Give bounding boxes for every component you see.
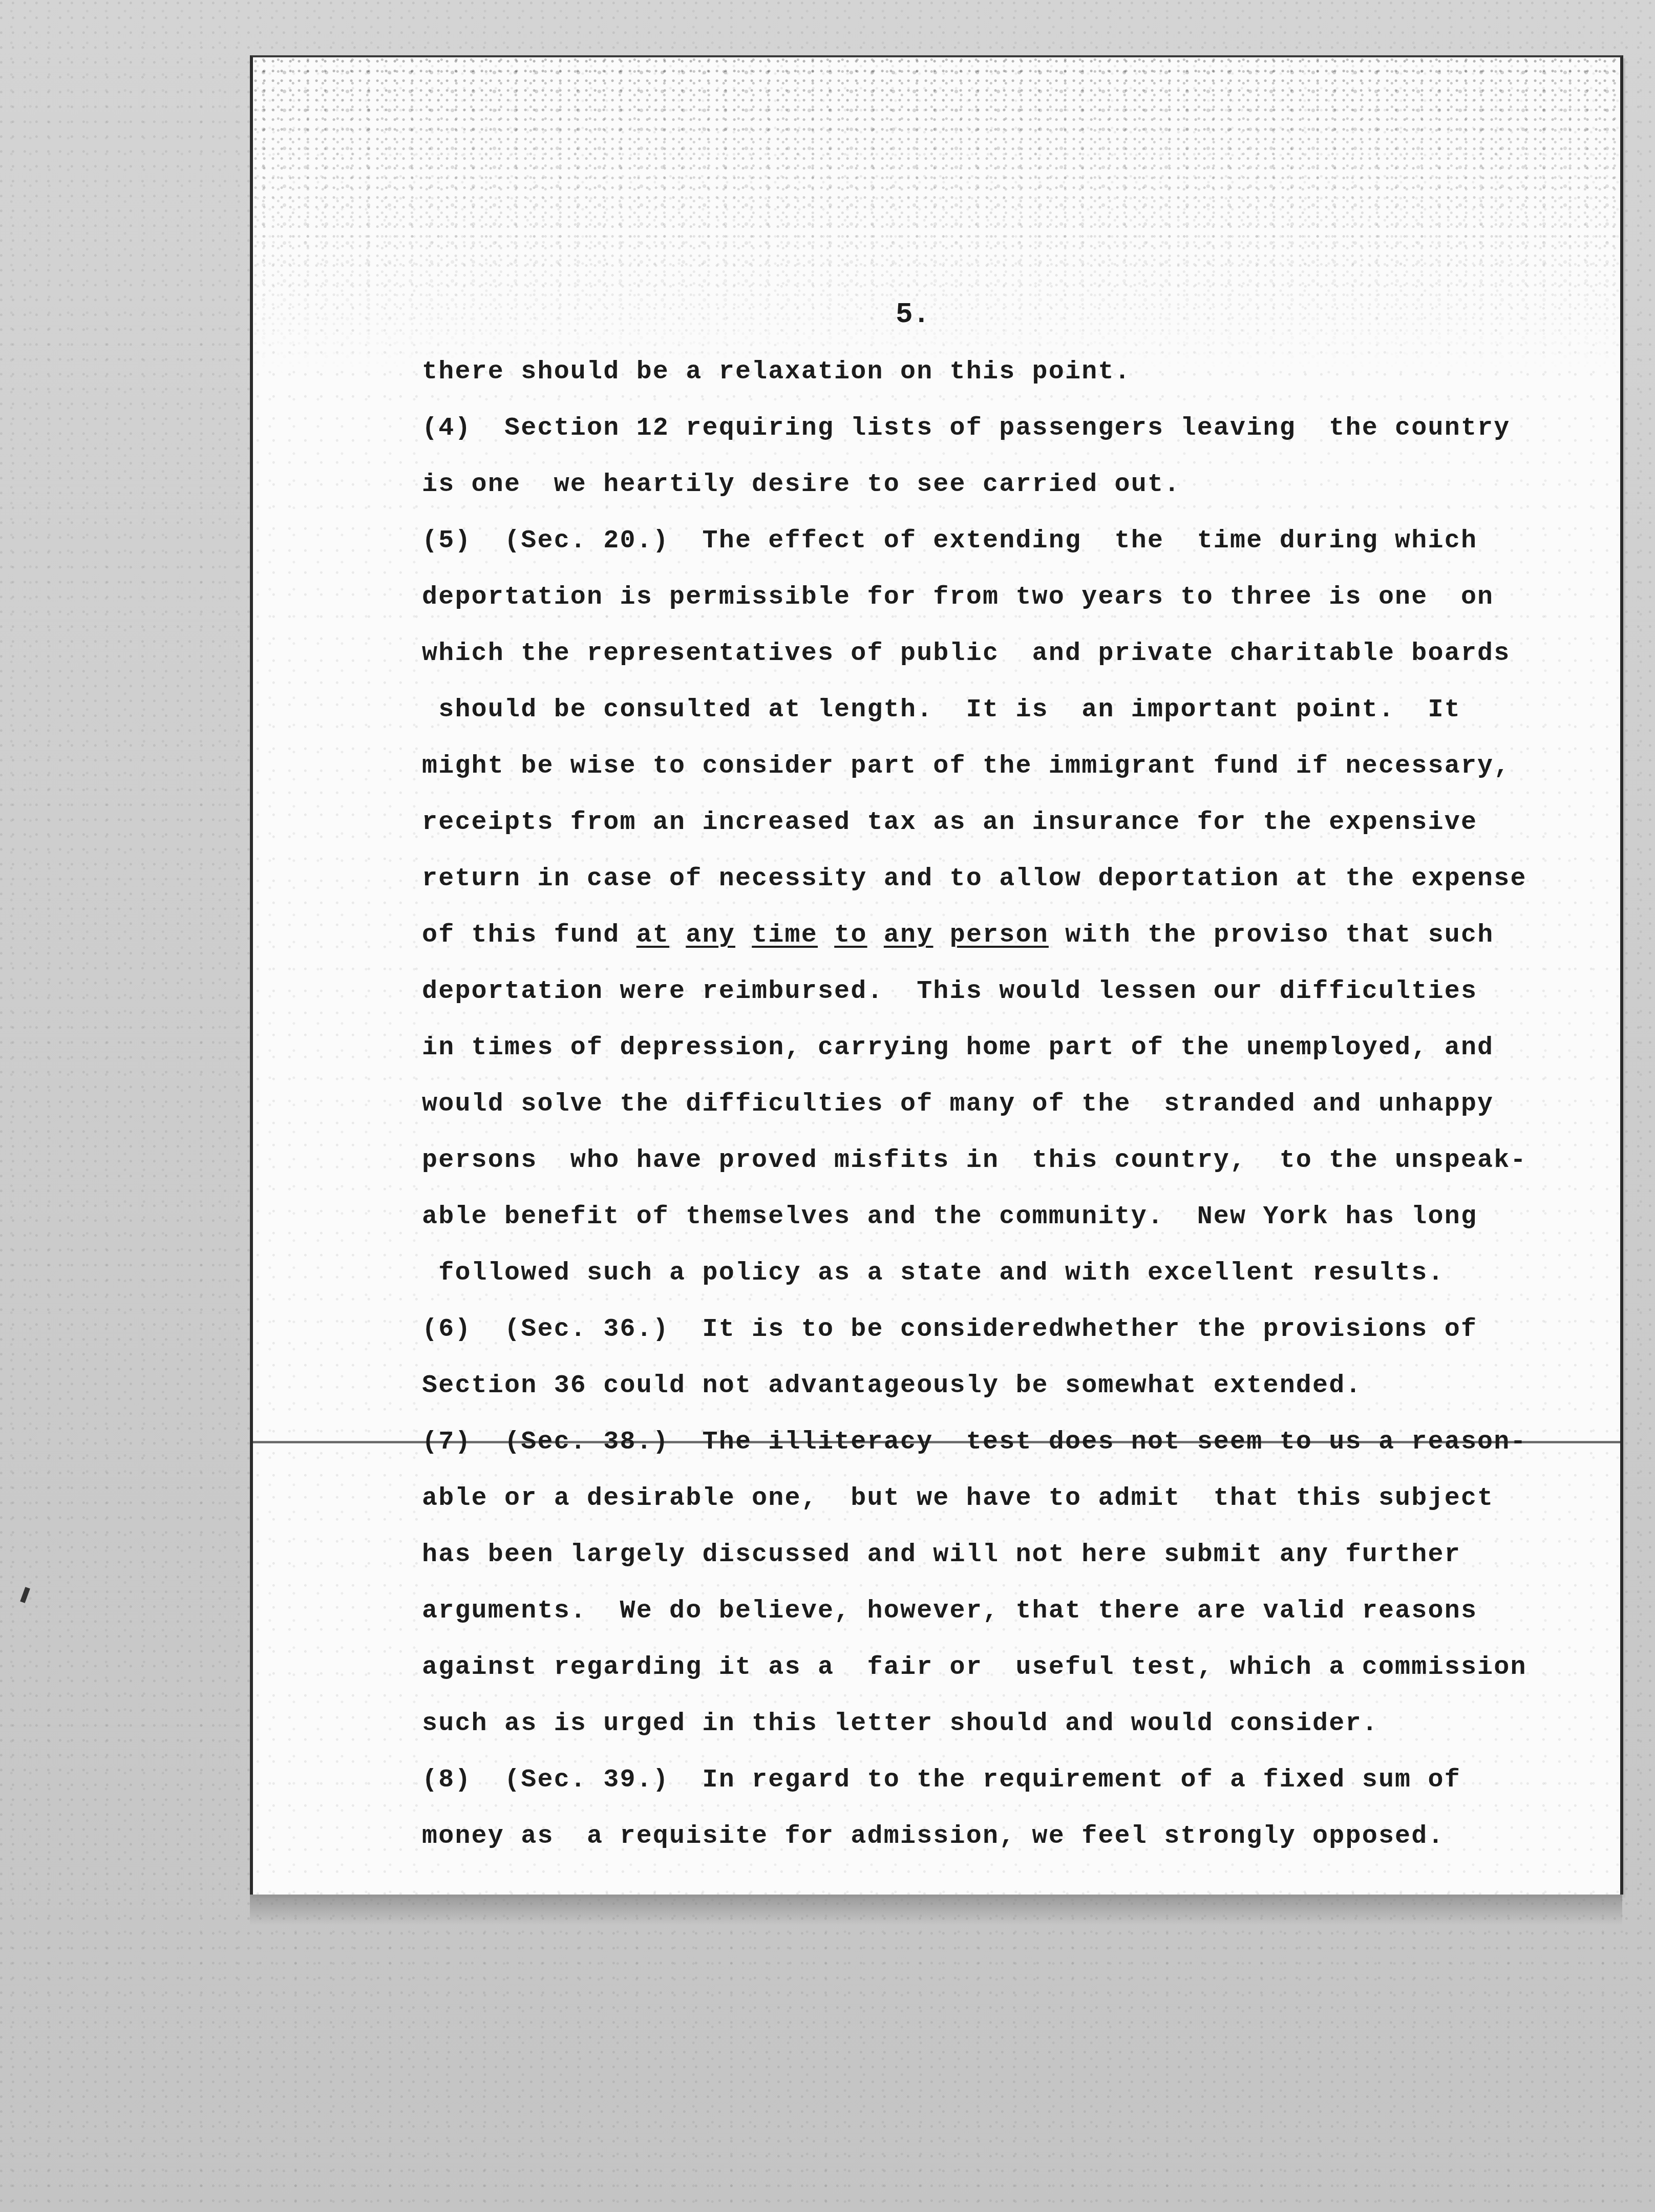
text-line: (7) (Sec. 38.) The illiteracy test does …: [422, 1414, 1600, 1471]
text-line: (4) Section 12 requiring lists of passen…: [422, 400, 1600, 457]
underlined-word: at: [636, 921, 669, 950]
underlined-word: any: [686, 921, 735, 950]
text-line: would solve the difficulties of many of …: [422, 1076, 1600, 1133]
text-line: receipts from an increased tax as an ins…: [422, 795, 1600, 851]
text-line: deportation is permissible for from two …: [422, 569, 1600, 626]
body-text: there should be a relaxation on this poi…: [422, 344, 1600, 1865]
text-line: against regarding it as a fair or useful…: [422, 1640, 1600, 1696]
document-page: 5. there should be a relaxation on this …: [250, 55, 1623, 1895]
text-line: return in case of necessity and to allow…: [422, 851, 1600, 907]
text-line: might be wise to consider part of the im…: [422, 738, 1600, 795]
text-line: has been largely discussed and will not …: [422, 1527, 1600, 1583]
text-line-underlined: of this fund at any time to any person w…: [422, 907, 1600, 964]
text-segment: of this fund: [422, 921, 636, 950]
text-line: (8) (Sec. 39.) In regard to the requirem…: [422, 1752, 1600, 1809]
text-line: able or a desirable one, but we have to …: [422, 1471, 1600, 1527]
text-line: money as a requisite for admission, we f…: [422, 1809, 1600, 1865]
text-line: Section 36 could not advantageously be s…: [422, 1358, 1600, 1414]
text-line: arguments. We do believe, however, that …: [422, 1583, 1600, 1640]
underlined-word: to: [834, 921, 867, 950]
text-line: persons who have proved misfits in this …: [422, 1133, 1600, 1189]
underlined-word: any: [884, 921, 933, 950]
text-line: is one we heartily desire to see carried…: [422, 457, 1600, 513]
text-line: in times of depression, carrying home pa…: [422, 1020, 1600, 1076]
text-line: (6) (Sec. 36.) It is to be consideredwhe…: [422, 1302, 1600, 1358]
text-line: which the representatives of public and …: [422, 626, 1600, 682]
text-line: able benefit of themselves and the commu…: [422, 1189, 1600, 1245]
page-number: 5.: [896, 298, 930, 331]
scan-noise-top: [253, 57, 1620, 375]
text-line: should be consulted at length. It is an …: [422, 682, 1600, 738]
underlined-word: time: [752, 921, 818, 950]
text-segment: with the proviso that such: [1049, 921, 1494, 950]
text-line: followed such a policy as a state and wi…: [422, 1245, 1600, 1302]
text-line: deportation were reimbursed. This would …: [422, 964, 1600, 1020]
text-line: such as is urged in this letter should a…: [422, 1696, 1600, 1752]
underlined-word: person: [950, 921, 1049, 950]
text-line: there should be a relaxation on this poi…: [422, 344, 1600, 400]
text-line: (5) (Sec. 20.) The effect of extending t…: [422, 513, 1600, 569]
page-shadow: [250, 1895, 1622, 1925]
